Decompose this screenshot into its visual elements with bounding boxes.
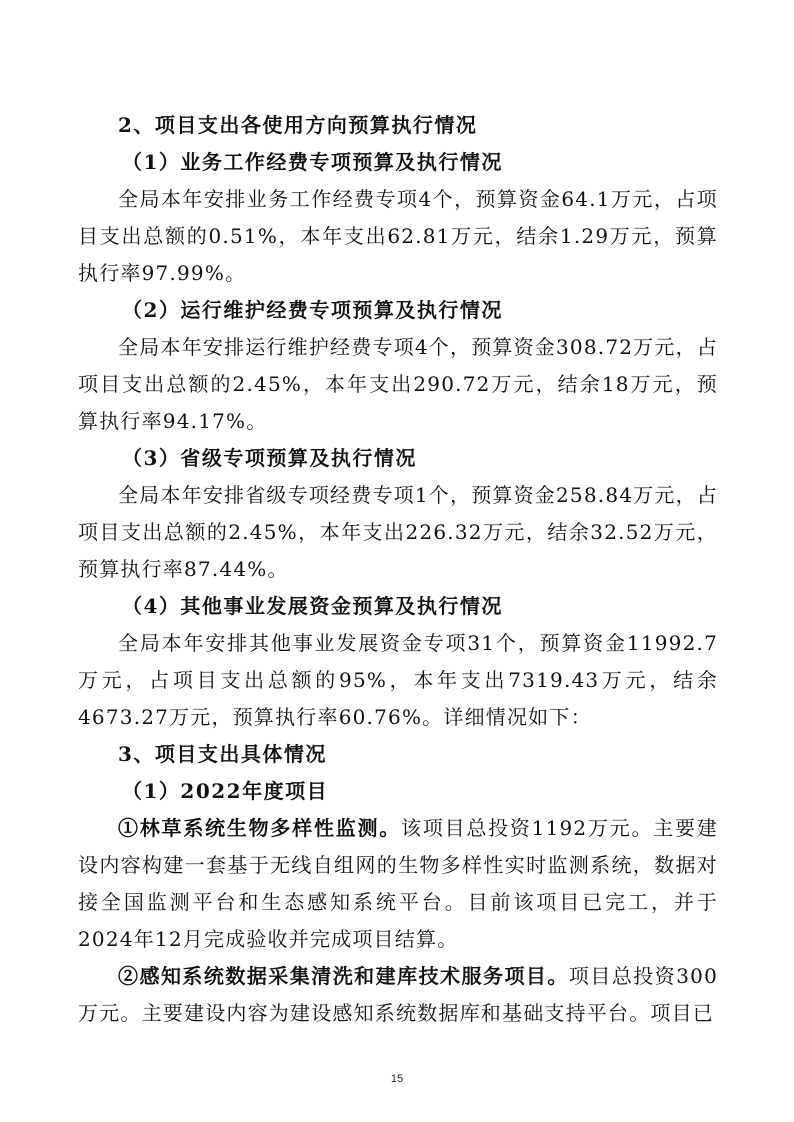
project-1-paragraph: ①林草系统生物多样性监测。该项目总投资1192万元。主要建设内容构建一套基于无线…: [78, 810, 718, 958]
subsection-2022-heading: （1）2022年度项目: [78, 773, 718, 810]
document-page: 2、项目支出各使用方向预算执行情况 （1）业务工作经费专项预算及执行情况 全局本…: [0, 0, 794, 1122]
project-2-paragraph: ②感知系统数据采集清洗和建库技术服务项目。项目总投资300万元。主要建设内容为建…: [78, 958, 718, 1032]
project-1-name: ①林草系统生物多样性监测。: [118, 816, 401, 840]
subsection-3-heading: （3）省级专项预算及执行情况: [78, 440, 718, 477]
subsection-1-paragraph: 全局本年安排业务工作经费专项4个，预算资金64.1万元，占项目支出总额的0.51…: [78, 181, 718, 292]
document-body: 2、项目支出各使用方向预算执行情况 （1）业务工作经费专项预算及执行情况 全局本…: [78, 107, 718, 1032]
section-3-heading: 3、项目支出具体情况: [78, 736, 718, 773]
page-number: 15: [0, 1073, 794, 1085]
subsection-1-heading: （1）业务工作经费专项预算及执行情况: [78, 144, 718, 181]
project-2-name: ②感知系统数据采集清洗和建库技术服务项目。: [118, 964, 569, 988]
subsection-4-heading: （4）其他事业发展资金预算及执行情况: [78, 588, 718, 625]
subsection-3-paragraph: 全局本年安排省级专项经费专项1个，预算资金258.84万元，占项目支出总额的2.…: [78, 477, 718, 588]
subsection-2-paragraph: 全局本年安排运行维护经费专项4个，预算资金308.72万元，占项目支出总额的2.…: [78, 329, 718, 440]
section-2-heading: 2、项目支出各使用方向预算执行情况: [78, 107, 718, 144]
subsection-2-heading: （2）运行维护经费专项预算及执行情况: [78, 292, 718, 329]
subsection-4-paragraph: 全局本年安排其他事业发展资金专项31个，预算资金11992.7万元，占项目支出总…: [78, 625, 718, 736]
